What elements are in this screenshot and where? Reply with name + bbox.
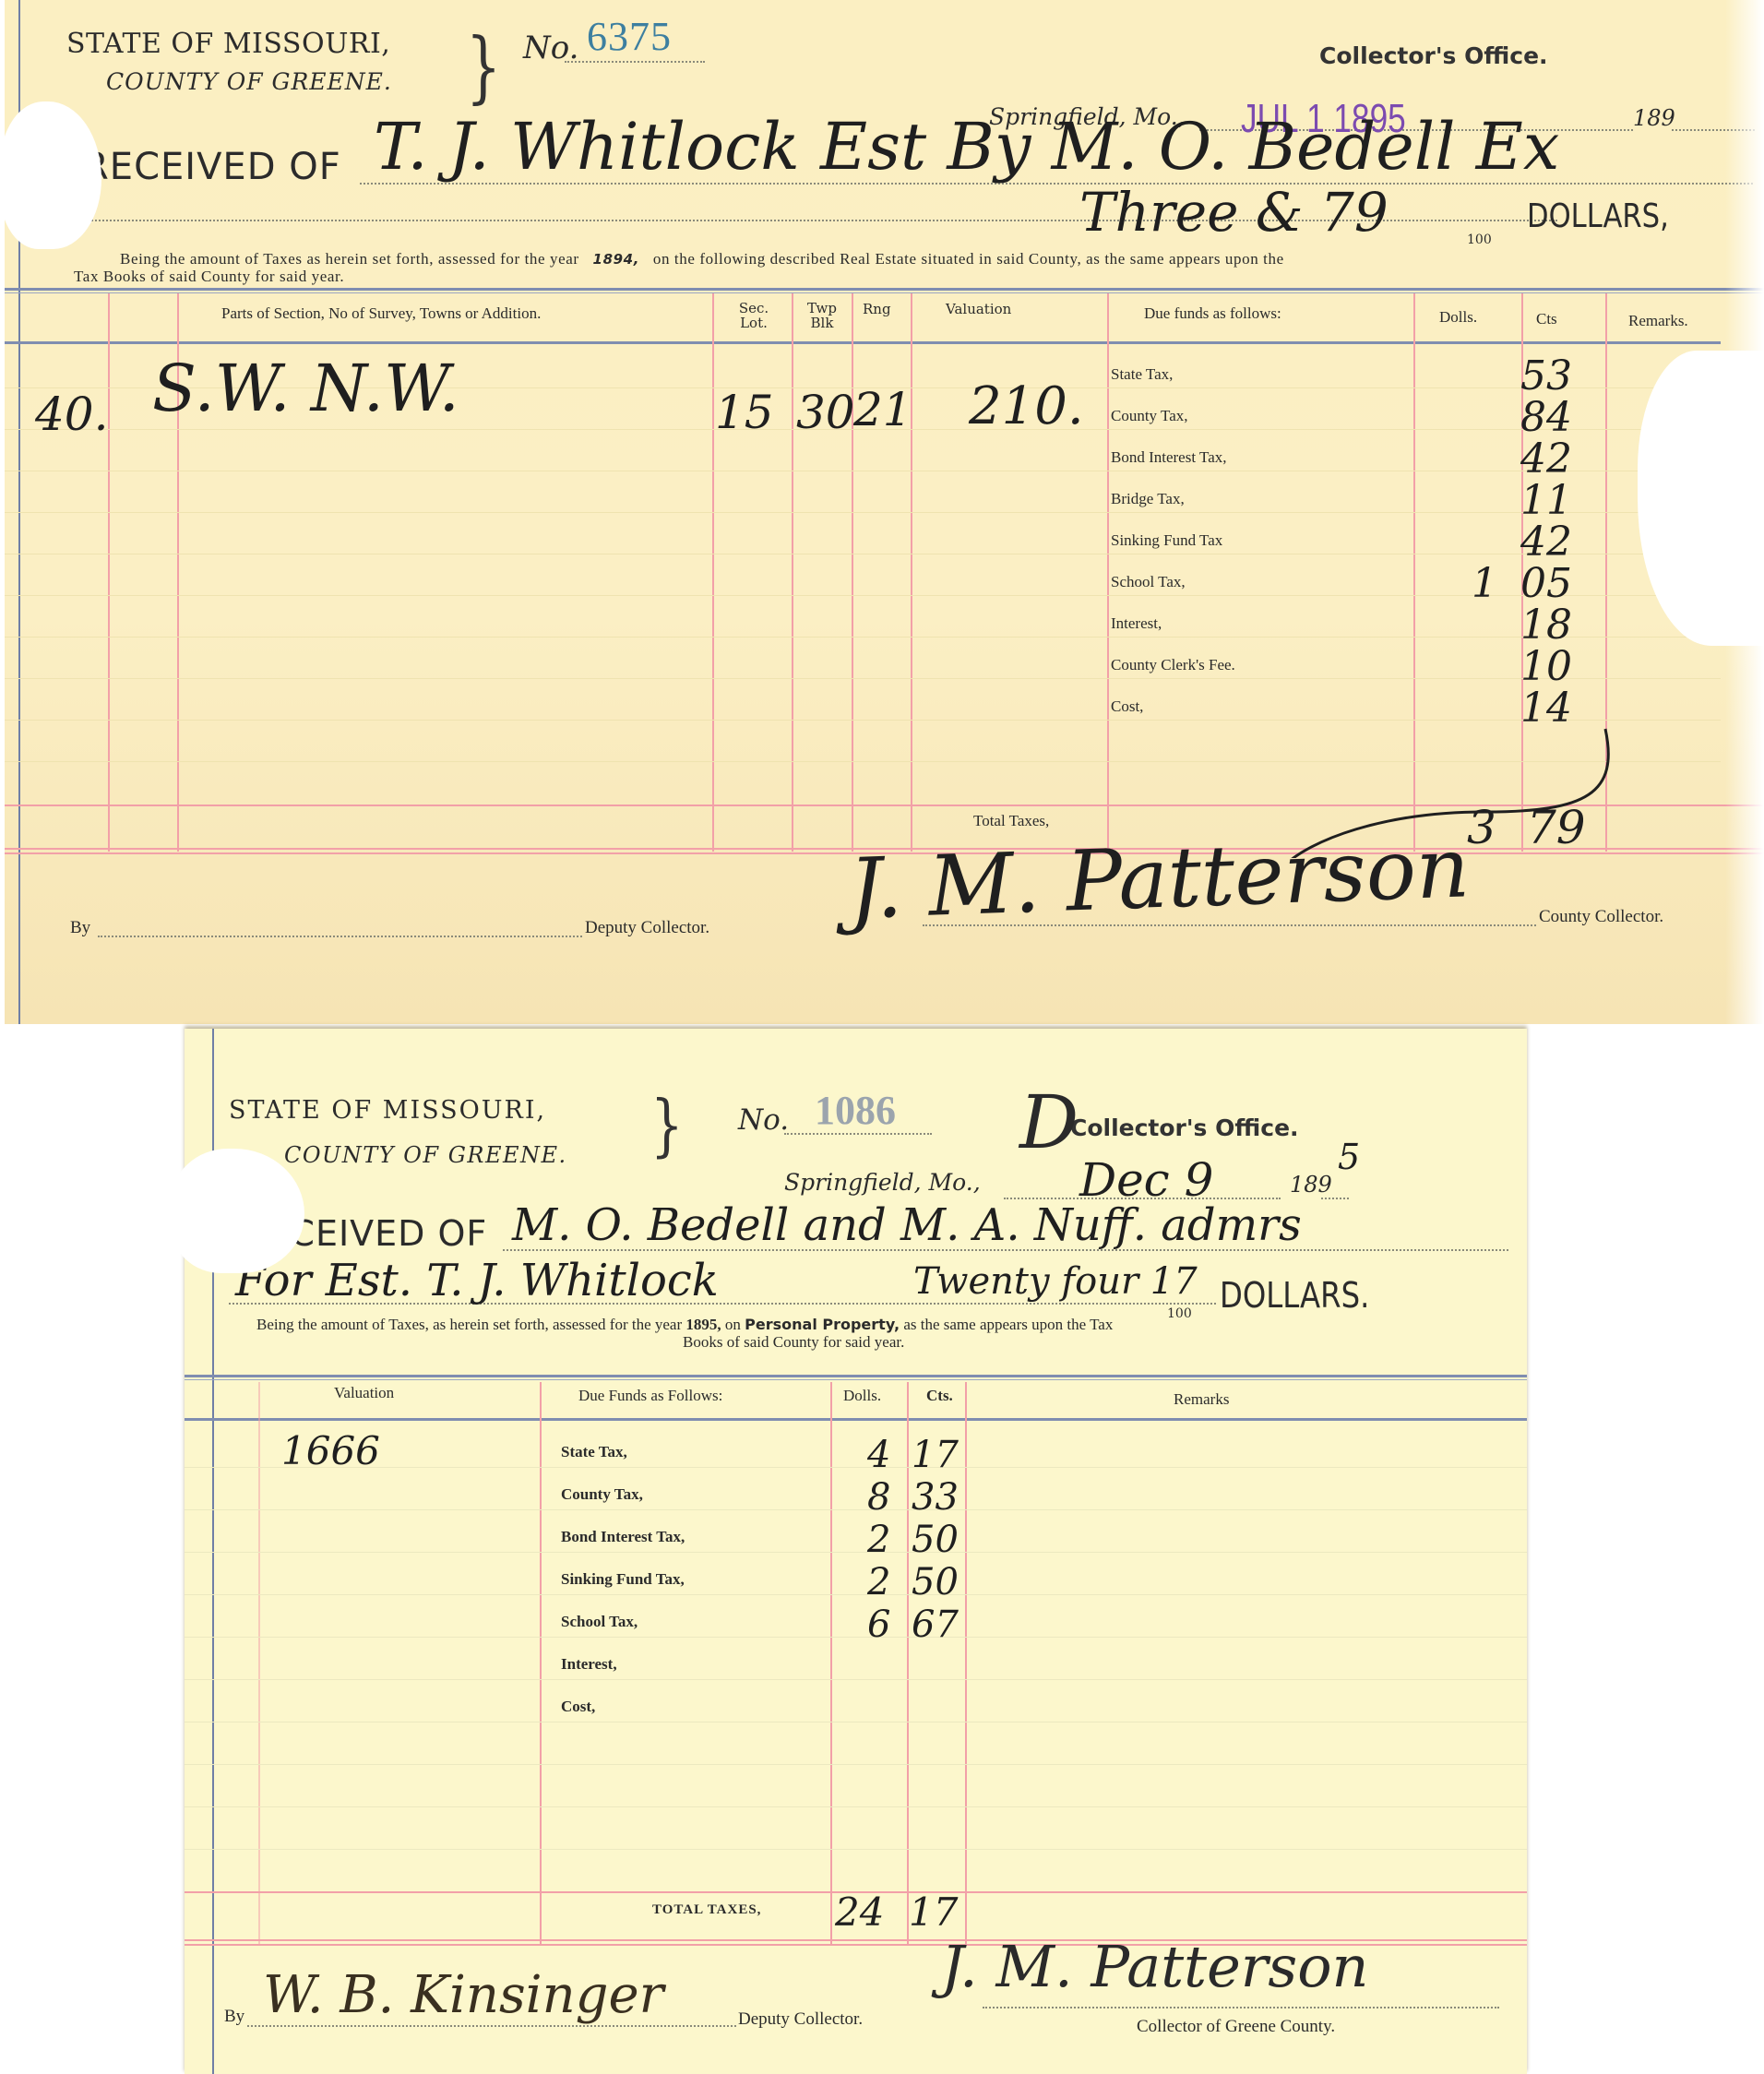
due-label: County Clerk's Fee. <box>1111 656 1235 674</box>
due-cts: 33 <box>912 1476 959 1519</box>
due-label: Interest, <box>1111 614 1162 633</box>
col-rule <box>852 293 853 852</box>
total-label: Total Taxes, <box>973 812 1049 830</box>
state-heading: STATE OF MISSOURI, <box>66 28 390 60</box>
description-text: Being the amount of Taxes as herein set … <box>120 250 579 268</box>
land-rng: 21 <box>853 383 912 436</box>
due-dolls: 2 <box>867 1561 890 1603</box>
due-label: Cost, <box>1111 697 1143 716</box>
land-acres: 40. <box>35 387 109 441</box>
total-dolls: 3 <box>1467 801 1496 854</box>
col-rule <box>712 293 714 852</box>
due-cts: 11 <box>1520 477 1572 524</box>
header-sec: Sec. Lot. <box>718 301 790 330</box>
header-twp-line2: Blk <box>793 316 851 330</box>
table-top-rule <box>185 1375 1527 1377</box>
dollars-label: DOLLARS, <box>1527 197 1669 235</box>
dollars-label: DOLLARS. <box>1220 1275 1369 1316</box>
due-label: Bridge Tax, <box>1111 490 1185 508</box>
collector-signature: J. M. Patterson <box>941 1933 1369 2000</box>
due-label: County Tax, <box>1111 407 1188 425</box>
due-row: Interest, <box>544 1651 978 1694</box>
due-label: Sinking Fund Tax <box>1111 531 1222 550</box>
ruling <box>185 1764 1527 1765</box>
year-prefix: 189 <box>1290 1172 1332 1198</box>
amount-words: Three & 79 <box>1079 181 1389 244</box>
due-label: Cost, <box>561 1698 595 1716</box>
due-row: Cost, <box>544 1694 978 1736</box>
header-sec-line1: Sec. <box>718 301 790 316</box>
header-cts: Cts. <box>926 1387 953 1405</box>
due-label: State Tax, <box>561 1443 627 1461</box>
due-label: Sinking Fund Tax, <box>561 1570 685 1589</box>
due-label: State Tax, <box>1111 365 1173 384</box>
due-cts: 50 <box>912 1519 959 1561</box>
valuation-value: 1666 <box>281 1428 380 1473</box>
year-prefix: 189 <box>1633 105 1675 131</box>
total-label: TOTAL TAXES, <box>652 1902 761 1918</box>
received-from-line-2: For Est. T. J. Whitlock <box>235 1255 719 1306</box>
land-twp: 30 <box>796 386 855 439</box>
ruling <box>185 1806 1527 1807</box>
deputy-label: Deputy Collector. <box>738 2009 863 2030</box>
property-type: Personal Property, <box>745 1316 900 1333</box>
due-cts: 50 <box>912 1561 959 1603</box>
land-sec: 15 <box>715 386 774 439</box>
due-label: School Tax, <box>561 1613 638 1631</box>
header-twp: Twp Blk <box>793 301 851 330</box>
ruling <box>185 1849 1527 1850</box>
state-heading: STATE OF MISSOURI, <box>229 1096 546 1125</box>
county-heading: COUNTY OF GREENE. <box>284 1142 567 1168</box>
due-cts: 10 <box>1520 643 1572 690</box>
description-line-2: Tax Books of said County for said year. <box>74 268 344 286</box>
collector-label: County Collector. <box>1539 907 1663 927</box>
due-cts: 42 <box>1520 518 1572 566</box>
amount-denominator: 100 <box>1167 1306 1192 1321</box>
assessment-year: 1895, <box>685 1316 721 1333</box>
due-dolls: 1 <box>1472 560 1497 607</box>
col-rule <box>792 293 793 852</box>
by-label: By <box>70 918 90 938</box>
header-due: Due Funds as Follows: <box>578 1387 722 1405</box>
header-bottom-rule <box>5 341 1721 344</box>
header-dolls: Dolls. <box>1439 308 1477 327</box>
date-initial-flourish: D <box>1019 1079 1079 1165</box>
collector-line <box>923 924 1536 926</box>
header-rng: Rng <box>863 301 891 317</box>
description-text-b: on the following described Real Estate s… <box>653 250 1284 268</box>
header-dolls: Dolls. <box>843 1387 881 1405</box>
header-valuation: Valuation <box>334 1384 394 1402</box>
due-cts: 67 <box>912 1603 959 1646</box>
due-funds-list-1: State Tax, 53 County Tax, 84 Bond Intere… <box>1107 360 1624 733</box>
due-dolls: 8 <box>867 1476 890 1519</box>
description-line-1: Being the amount of Taxes, as herein set… <box>256 1316 1113 1334</box>
header-remarks: Remarks <box>1174 1390 1229 1409</box>
due-label: School Tax, <box>1111 573 1186 591</box>
table-top-rule <box>5 288 1764 291</box>
received-of-label: RECEIVED OF <box>83 146 341 188</box>
due-cts: 18 <box>1520 602 1572 649</box>
description-line-2: Books of said County for said year. <box>683 1333 904 1352</box>
description-on: on <box>725 1316 741 1333</box>
total-cts: 79 <box>1527 801 1586 854</box>
due-label: County Tax, <box>561 1485 643 1504</box>
total-cts: 17 <box>909 1889 958 1935</box>
description-text: Being the amount of Taxes, as herein set… <box>256 1316 682 1333</box>
col-rule <box>108 293 110 852</box>
due-funds-list-2: State Tax, 4 17 County Tax, 8 33 Bond In… <box>544 1439 978 1736</box>
due-row: School Tax, 6 67 <box>544 1609 978 1651</box>
due-cts: 42 <box>1520 435 1572 483</box>
place-label: Springfield, Mo., <box>784 1169 981 1196</box>
receipt-number: 6375 <box>587 13 672 60</box>
due-dolls: 2 <box>867 1519 890 1561</box>
amount-words: Twenty four 17 <box>913 1260 1198 1303</box>
due-label: Bond Interest Tax, <box>1111 448 1227 467</box>
due-cts: 05 <box>1520 560 1572 607</box>
amount-denominator: 100 <box>1467 232 1492 247</box>
due-cts: 84 <box>1520 394 1572 441</box>
land-valuation: 210. <box>969 376 1084 436</box>
header-due: Due funds as follows: <box>1144 304 1281 323</box>
description-text-b: as the same appears upon the Tax <box>903 1316 1113 1333</box>
office-heading: Collector's Office. <box>1319 42 1548 69</box>
description-line-1: Being the amount of Taxes as herein set … <box>120 250 1284 268</box>
torn-edge <box>171 1149 304 1273</box>
received-from: T. J. Whitlock Est By M. O. Bedell Ex <box>374 109 1559 185</box>
due-dolls: 6 <box>867 1603 890 1646</box>
office-heading: Collector's Office. <box>1070 1114 1299 1141</box>
header-sec-line2: Lot. <box>718 316 790 330</box>
year-line <box>1321 1198 1349 1199</box>
received-from: M. O. Bedell and M. A. Nuff. admrs <box>512 1199 1302 1251</box>
land-parts: S.W. N.W. <box>152 351 459 426</box>
receipt-number: 1086 <box>815 1087 896 1134</box>
due-cts: 53 <box>1520 352 1572 399</box>
due-label: Interest, <box>561 1655 617 1674</box>
header-twp-line1: Twp <box>793 301 851 316</box>
brace: } <box>466 22 501 113</box>
deputy-signature: W. B. Kinsinger <box>263 1965 663 2025</box>
due-cts: 17 <box>912 1434 959 1476</box>
header-parts: Parts of Section, No of Survey, Towns or… <box>221 304 541 323</box>
deputy-line <box>98 936 582 937</box>
deputy-label: Deputy Collector. <box>585 918 709 938</box>
due-label: Bond Interest Tax, <box>561 1528 685 1546</box>
table-top-rule-thin <box>5 292 1764 293</box>
assessment-year: 1894, <box>593 251 639 268</box>
collector-label: Collector of Greene County. <box>1137 2017 1335 2037</box>
brace: } <box>650 1087 684 1165</box>
by-label: By <box>224 2007 244 2027</box>
header-remarks: Remarks. <box>1628 312 1688 330</box>
number-line <box>565 61 705 63</box>
deputy-line <box>247 2025 736 2027</box>
total-dolls: 24 <box>835 1889 884 1935</box>
table-top-rule-thin <box>185 1379 1527 1380</box>
torn-edge <box>1725 0 1764 1024</box>
header-valuation: Valuation <box>946 301 1011 317</box>
collector-line <box>983 2007 1499 2008</box>
header-cts: Cts <box>1536 310 1557 328</box>
number-label: No. <box>738 1103 789 1137</box>
year-suffix: 5 <box>1338 1137 1360 1177</box>
col-rule <box>911 293 912 852</box>
header-bottom-rule <box>185 1418 1527 1421</box>
due-dolls: 4 <box>867 1434 890 1476</box>
county-heading: COUNTY OF GREENE. <box>106 68 392 95</box>
